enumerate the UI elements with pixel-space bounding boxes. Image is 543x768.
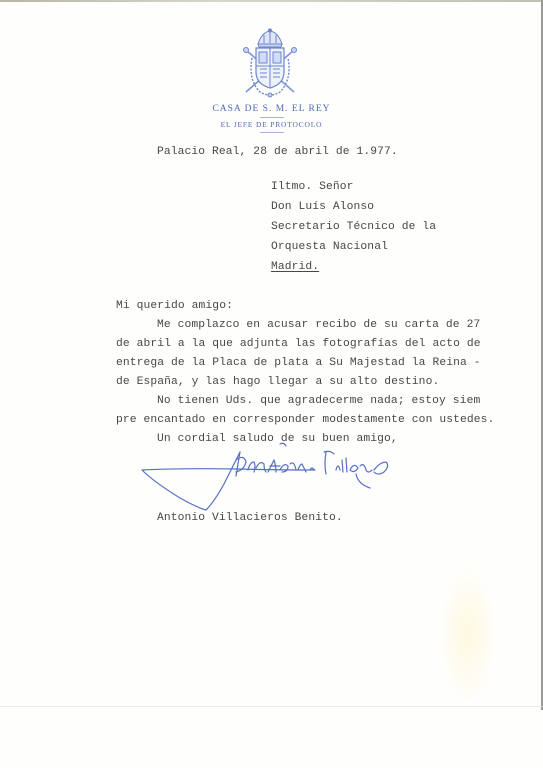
- letterhead-rule: [260, 132, 284, 133]
- letter-page: CASA DE S. M. EL REY EL JEFE DE PROTOCOL…: [0, 0, 543, 768]
- signatory-name: Antonio Villacieros Benito.: [157, 512, 343, 524]
- recipient-city: Madrid.: [271, 261, 319, 273]
- recipient-line: Iltmo. Señor: [271, 181, 354, 193]
- body-line: de abril a la que adjunta las fotografía…: [116, 338, 481, 350]
- salutation: Mi querido amigo:: [116, 300, 233, 312]
- body-line: Me complazco en acusar recibo de su cart…: [157, 319, 480, 331]
- recipient-line: Don Luís Alonso: [271, 201, 374, 213]
- recipient-line: Secretario Técnico de la: [271, 221, 436, 233]
- body-line: No tienen Uds. que agradecerme nada; est…: [157, 395, 480, 407]
- recipient-line: Orquesta Nacional: [271, 241, 388, 253]
- body-line: pre encantado en corresponder modestamen…: [116, 414, 494, 426]
- letterhead-department: EL JEFE DE PROTOCOLO: [0, 120, 543, 129]
- letterhead-rule: [260, 117, 284, 118]
- letterhead-institution: CASA DE S. M. EL REY: [0, 104, 543, 114]
- body-line: entrega de la Placa de plata a Su Majest…: [116, 357, 481, 369]
- date-line: Palacio Real, 28 de abril de 1.977.: [157, 146, 398, 158]
- body-line: de España, y las hago llegar a su alto d…: [116, 376, 439, 388]
- royal-coat-of-arms-icon: [236, 28, 304, 100]
- paper-stain: [438, 560, 498, 710]
- paper-fold-line: [0, 706, 543, 707]
- paper-top-edge: [0, 0, 543, 2]
